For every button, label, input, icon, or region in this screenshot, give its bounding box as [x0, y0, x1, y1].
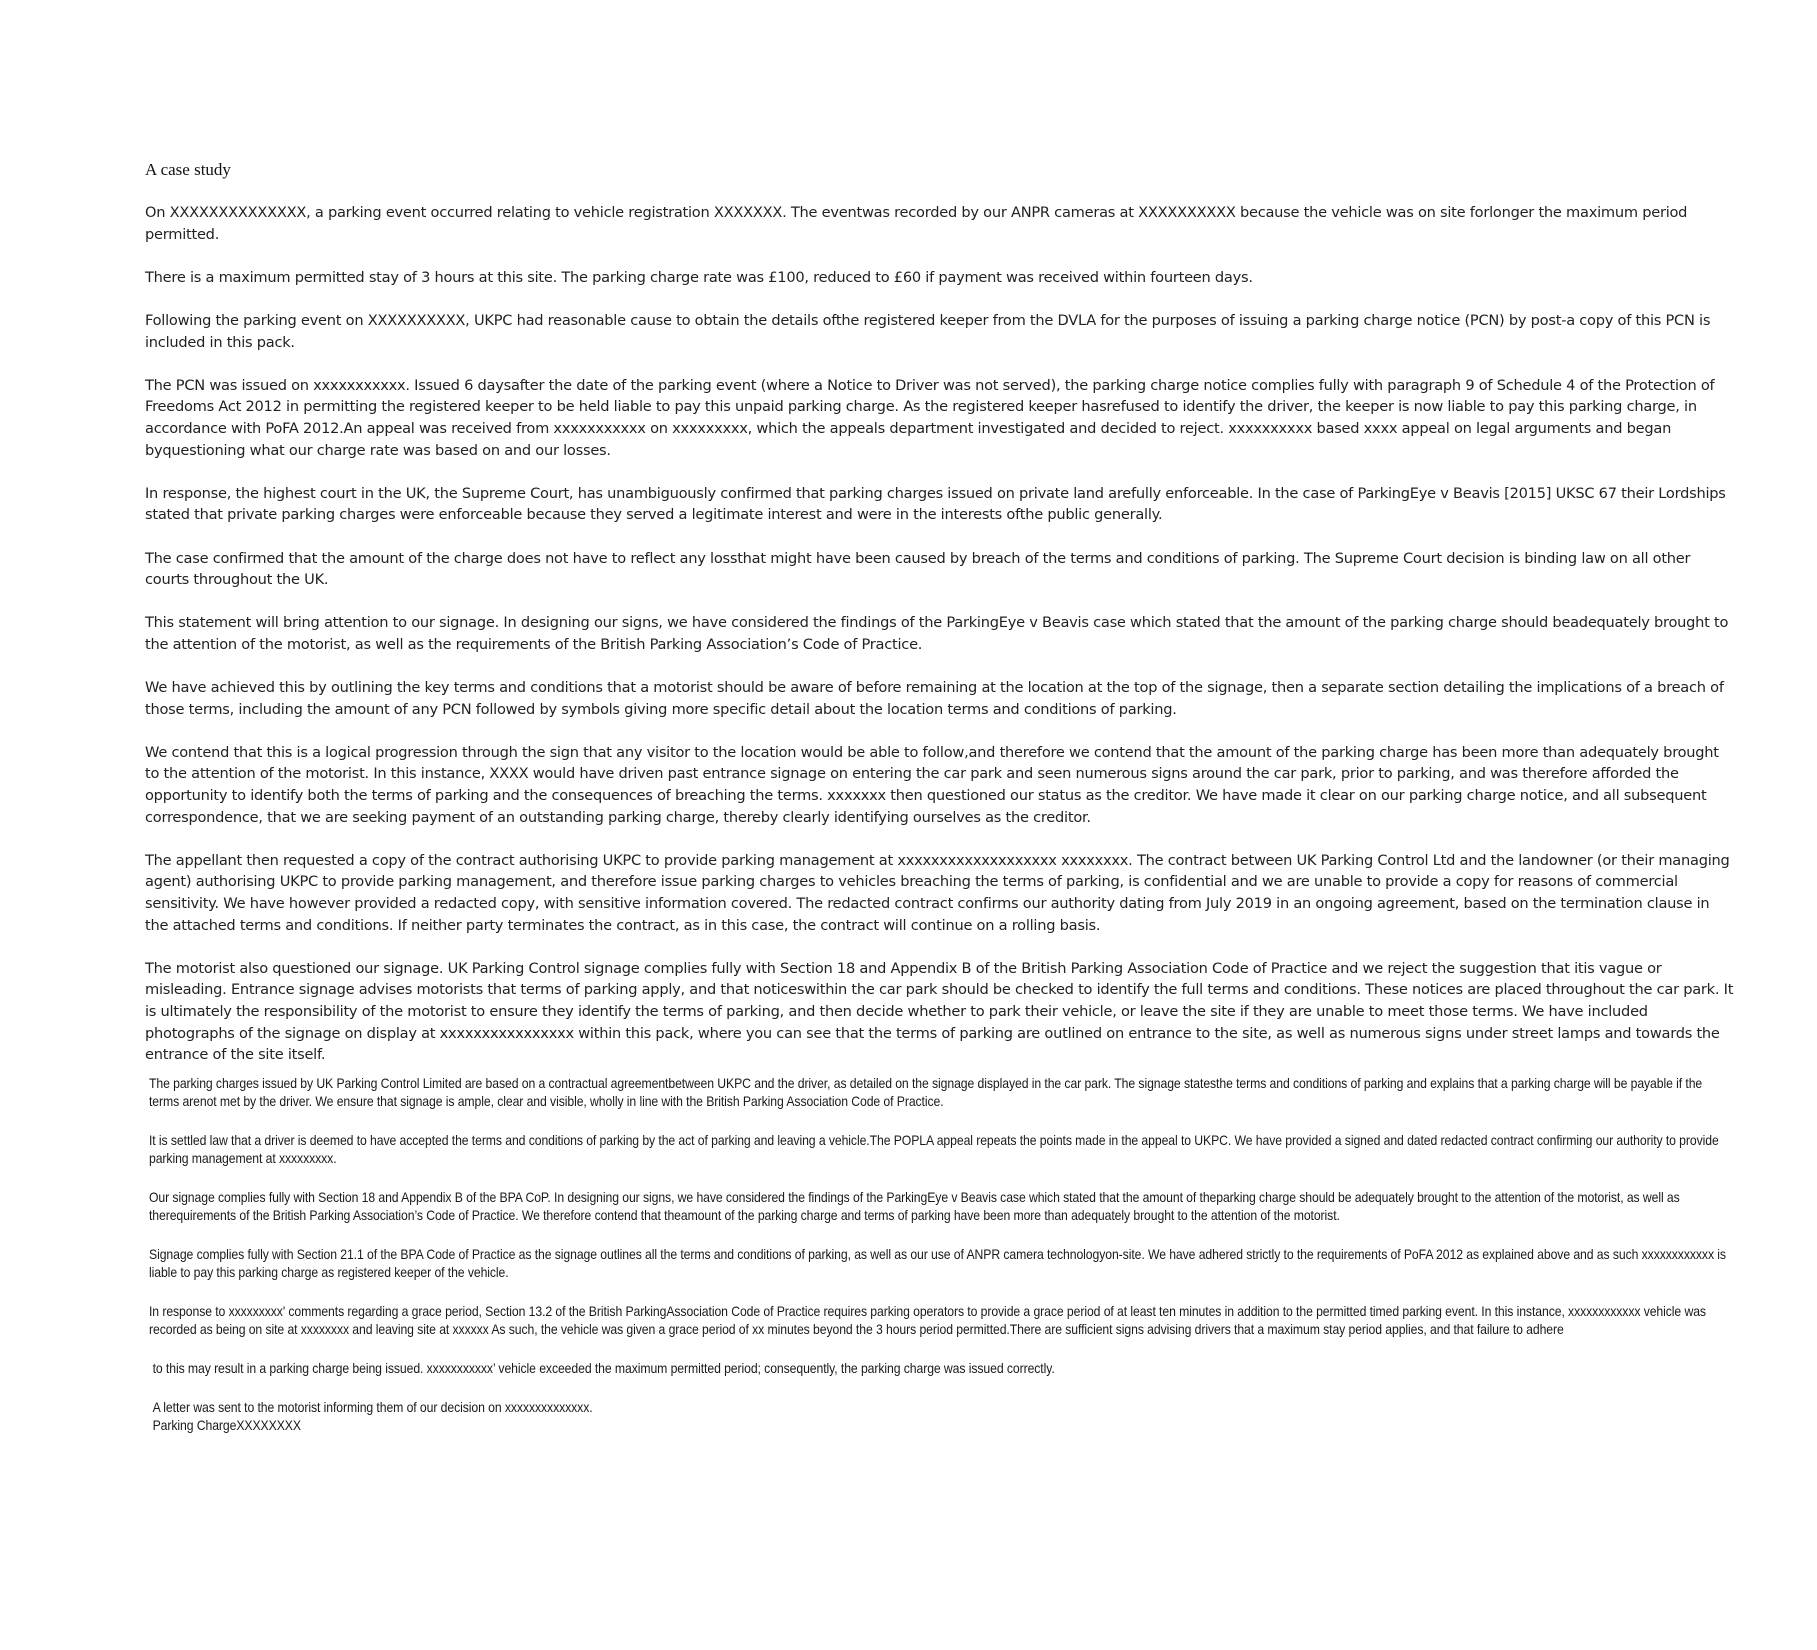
paragraph-terms-outline: We have achieved this by outlining the k… [145, 677, 1735, 720]
paragraph-grace-period-continued: to this may result in a parking charge b… [149, 1360, 1737, 1378]
paragraph-dvla-keeper: Following the parking event on XXXXXXXXX… [145, 310, 1735, 353]
document-title: A case study [145, 160, 231, 180]
parking-charge-reference: Parking ChargeXXXXXXXX [149, 1417, 1737, 1435]
body-section-primary: On XXXXXXXXXXXXXX, a parking event occur… [145, 202, 1735, 1087]
paragraph-max-stay: There is a maximum permitted stay of 3 h… [145, 267, 1735, 289]
paragraph-letter-sent: A letter was sent to the motorist inform… [149, 1399, 1737, 1417]
paragraph-supreme-court: In response, the highest court in the UK… [145, 483, 1735, 526]
paragraph-signage-statement: This statement will bring attention to o… [145, 612, 1735, 655]
body-section-secondary: The parking charges issued by UK Parking… [149, 1075, 1739, 1456]
paragraph-case-confirmed: The case confirmed that the amount of th… [145, 548, 1735, 591]
paragraph-section-21: Signage complies fully with Section 21.1… [149, 1246, 1733, 1282]
paragraph-pcn-issued: The PCN was issued on xxxxxxxxxxx. Issue… [145, 375, 1735, 461]
paragraph-settled-law: It is settled law that a driver is deeme… [149, 1132, 1733, 1168]
paragraph-signage-questioned: The motorist also questioned our signage… [145, 958, 1735, 1066]
paragraph-grace-period: In response to xxxxxxxxx' comments regar… [149, 1303, 1733, 1339]
paragraph-contract-request: The appellant then requested a copy of t… [145, 850, 1735, 936]
paragraph-contractual-agreement: The parking charges issued by UK Parking… [149, 1075, 1733, 1111]
paragraph-bpa-cop: Our signage complies fully with Section … [149, 1189, 1733, 1225]
paragraph-logical-progression: We contend that this is a logical progre… [145, 742, 1735, 828]
paragraph-parking-event: On XXXXXXXXXXXXXX, a parking event occur… [145, 202, 1735, 245]
